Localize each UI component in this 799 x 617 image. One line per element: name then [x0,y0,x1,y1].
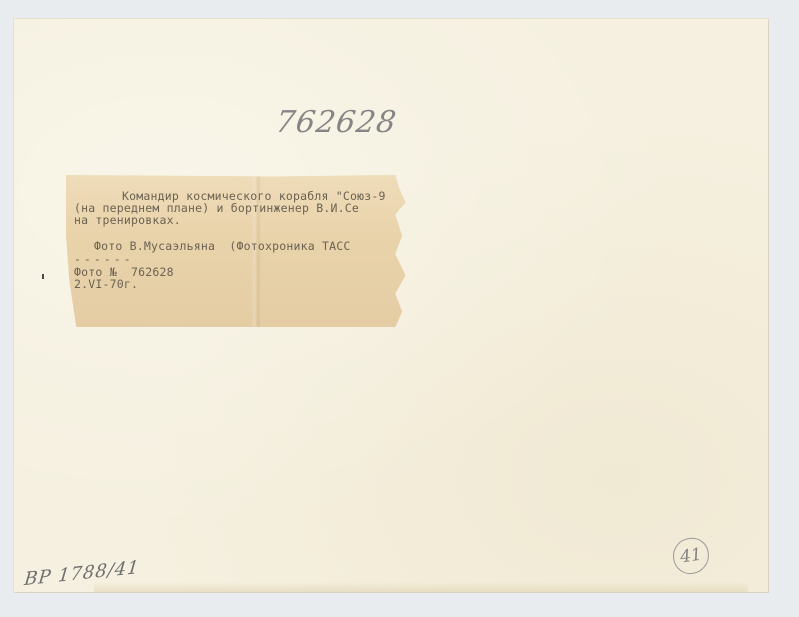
dashed-separator: ------ [74,253,134,265]
paper-edge-stain [94,582,748,592]
typed-caption-clipping: Командир космического корабля "Союз-9 (н… [66,175,409,327]
handwritten-archive-number: 762628 [274,105,399,140]
caption-line-3: на тренировках. [74,214,181,226]
photo-credit: Фото В.Мусаэльяна (Фотохроника ТАСС [94,240,350,252]
photo-date: 2.VI-70г. [74,278,138,290]
circled-sheet-number: 41 [671,536,712,577]
clipping-text-block: Командир космического корабля "Союз-9 (н… [66,135,409,335]
photo-back-paper: 762628 Командир космического корабля "Со… [14,19,768,592]
ink-mark [42,274,44,279]
sheet-number-text: 41 [679,545,703,568]
